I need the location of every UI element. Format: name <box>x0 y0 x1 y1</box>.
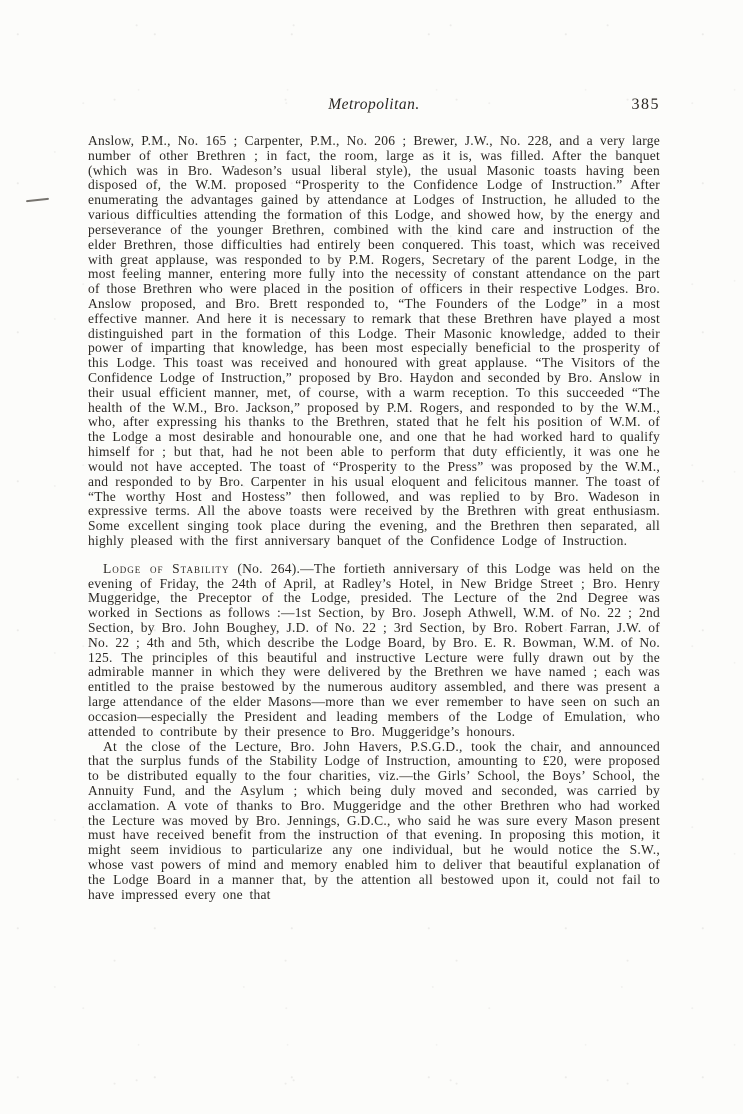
running-header-title: Metropolitan. <box>328 96 420 114</box>
lodge-of-stability-paragraph-text: The fortieth anniversary of this Lodge w… <box>88 561 660 739</box>
article-heading-lodge-number: (No. 264).— <box>229 561 313 576</box>
running-header: Metropolitan. 385 <box>88 96 660 114</box>
article-body: Anslow, P.M., No. 165 ; Carpenter, P.M.,… <box>88 134 660 902</box>
article-heading-lodge-of-stability: Lodge of Stability <box>103 561 229 576</box>
margin-scan-artifact <box>26 198 49 202</box>
paragraph-confidence-lodge-continuation: Anslow, P.M., No. 165 ; Carpenter, P.M.,… <box>88 134 660 549</box>
page-number: 385 <box>420 96 660 114</box>
text-column: Metropolitan. 385 Anslow, P.M., No. 165 … <box>88 96 660 902</box>
scanned-document-page: Metropolitan. 385 Anslow, P.M., No. 165 … <box>0 0 743 1114</box>
paragraph-lodge-of-stability-closing: At the close of the Lecture, Bro. John H… <box>88 740 660 903</box>
paragraph-lodge-of-stability-opening: Lodge of Stability (No. 264).—The fortie… <box>88 562 660 740</box>
